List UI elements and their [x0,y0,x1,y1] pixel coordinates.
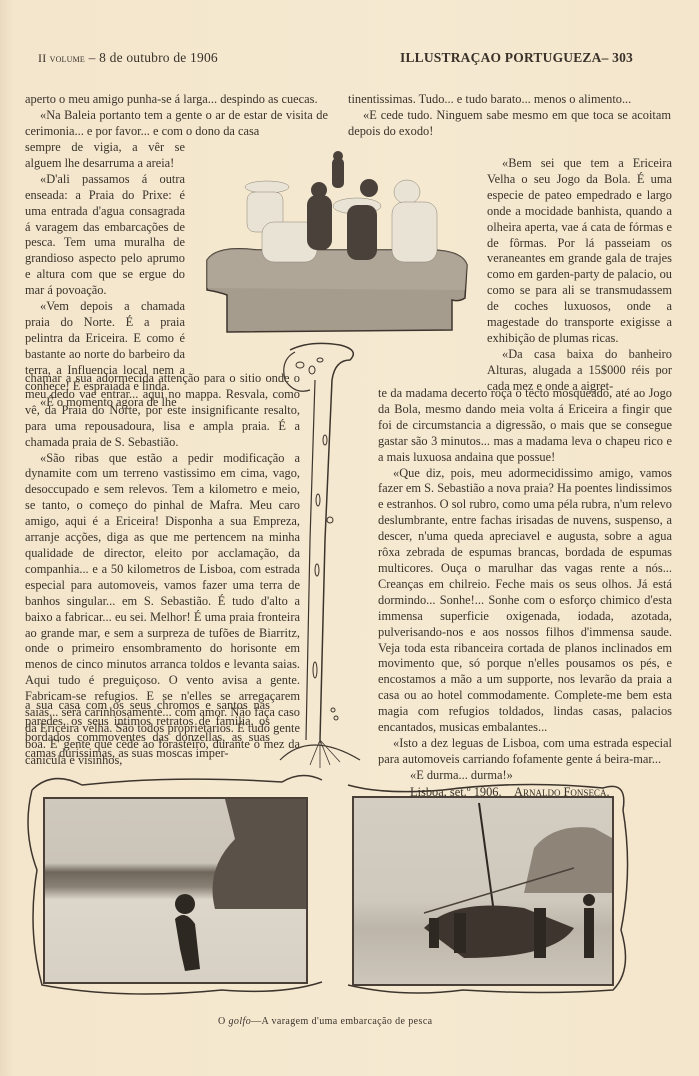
bottom-right-illustration [343,770,633,1000]
paragraph: chamar a sua adormecida attenção para o … [25,371,300,451]
paragraph: te da madama decerto roça o tecto mosque… [378,386,672,466]
paragraph: «Na Baleia portanto tem a gente o ar de … [25,108,328,140]
photo-boat-landing [352,796,614,986]
paragraph: tinentissimas. Tudo... e tudo barato... … [348,92,671,108]
photo-fisherman-on-beach [43,797,308,984]
page-number: – 303 [602,50,633,65]
paragraph: «E cede tudo. Ninguem sabe mesmo em que … [348,108,671,140]
bottom-left-illustration: Candido [22,770,342,1000]
left-column-narrow: sempre de vigia, a vêr se alguem lhe des… [25,140,185,410]
right-column-narrow: «Bem sei que tem a Ericeira Velha o seu … [487,156,672,395]
paragraph: a sua casa com os seus chromos e santos … [25,698,270,762]
caption-text: —A varagem d'uma embarcação de pesca [251,1016,432,1027]
caption-prefix: O [218,1016,229,1027]
caption-italic: golfo [229,1016,252,1027]
right-column-bottom: te da madama decerto roça o tecto mosque… [378,386,672,801]
paragraph: «Isto a dez leguas de Lisboa, com uma es… [378,736,672,768]
volume-label: II volume [38,51,85,65]
paragraph: aperto o meu amigo punha-se á larga... d… [25,92,328,108]
page-header-left: II volume – 8 de outubro de 1906 [38,50,218,66]
left-column-bottom: a sua casa com os seus chromos e santos … [25,698,270,762]
photo-caption: O golfo—A varagem d'uma embarcação de pe… [218,1016,433,1027]
paragraph: «Bem sei que tem a Ericeira Velha o seu … [487,156,672,347]
left-column-top: aperto o meu amigo punha-se á larga... d… [25,92,328,140]
paragraph: «D'ali passamos á outra enseada: a Praia… [25,172,185,299]
photo-children-on-beach [197,150,472,340]
magazine-title: ILLUSTRAÇAO PORTUGUEZA [400,50,602,65]
art-nouveau-stem-ornament [270,340,365,770]
right-column-top: tinentissimas. Tudo... e tudo barato... … [348,92,671,140]
paragraph: «Que diz, pois, meu adormecidissimo amig… [378,466,672,736]
paragraph: sempre de vigia, a vêr se alguem lhe des… [25,140,185,172]
page-header-right: ILLUSTRAÇAO PORTUGUEZA– 303 [400,50,633,66]
issue-date: – 8 de outubro de 1906 [89,50,218,65]
